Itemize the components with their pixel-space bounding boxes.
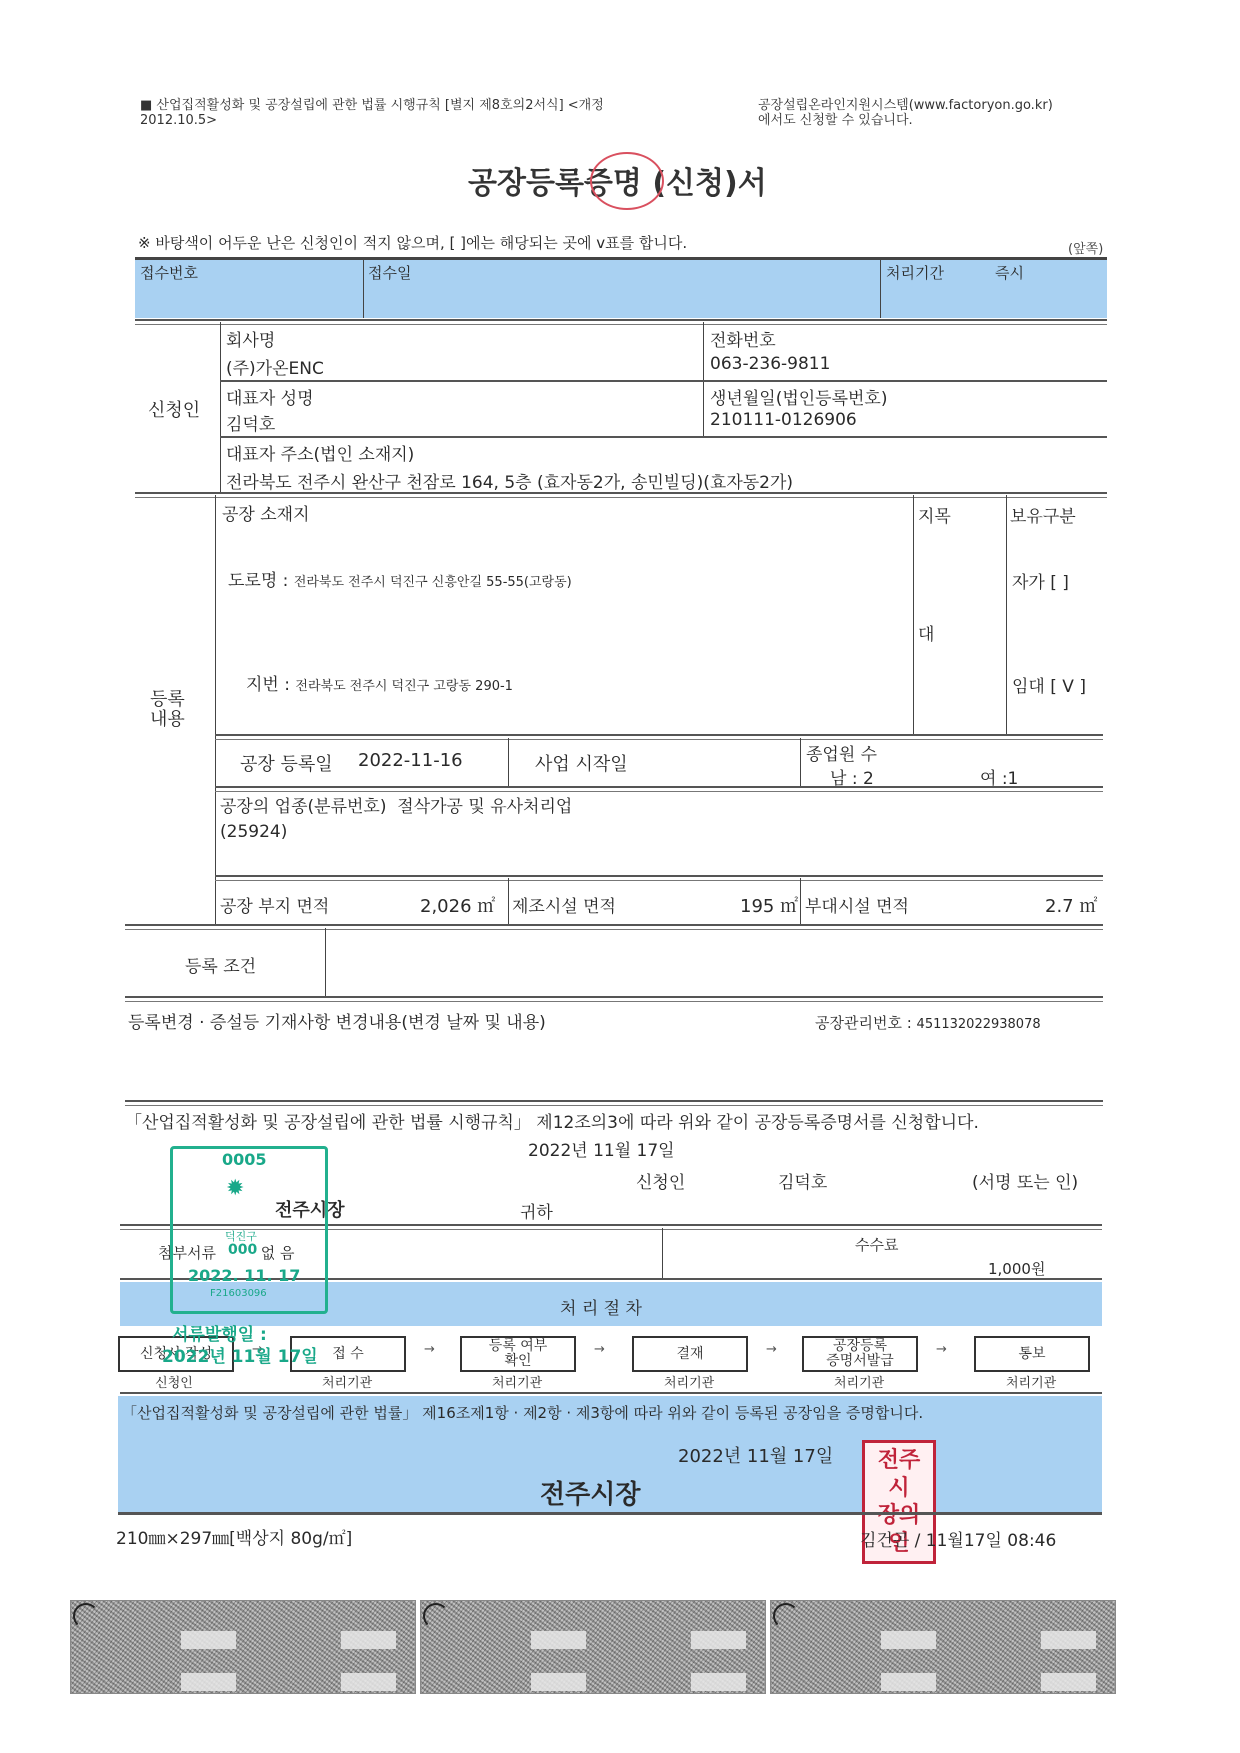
registration-conditions-label: 등록 조건 xyxy=(185,952,256,977)
certification-text: 「산업집적활성화 및 공장설립에 관한 법률」 제16조제1항 · 제2항 · … xyxy=(122,1402,923,1423)
lot-address-label: 지번 : xyxy=(246,675,290,695)
stamp-code: F21603096 xyxy=(210,1288,267,1299)
employees-label: 종업원 수 xyxy=(806,740,877,765)
fee-value: 1,000원 xyxy=(988,1258,1045,1279)
ownership-owned-checkbox[interactable]: 자가 [ ] xyxy=(1012,568,1069,593)
honorific: 귀하 xyxy=(520,1198,553,1223)
business-start-label: 사업 시작일 xyxy=(535,750,628,776)
issued-date-value: 2022년 11월 17일 xyxy=(162,1342,318,1367)
procedure-step-actor: 처리기관 xyxy=(492,1372,540,1391)
receipt-date-label: 접수일 xyxy=(368,262,411,283)
procedure-title: 처 리 절 차 xyxy=(560,1294,642,1319)
security-barcode xyxy=(70,1600,416,1694)
industry-value: 절삭가공 및 유사처리업 xyxy=(397,797,572,817)
declaration-applicant-name: 김덕호 xyxy=(778,1168,827,1193)
seal-line1: 전주시 xyxy=(868,1447,930,1502)
manufacturing-area-label: 제조시설 면적 xyxy=(512,892,616,917)
factory-location-label: 공장 소재지 xyxy=(222,500,310,525)
online-notice-line2: 에서도 신청할 수 있습니다. xyxy=(758,113,1053,128)
registration-label-line2: 내용 xyxy=(150,710,185,730)
ownership-leased-checkbox[interactable]: 임대 [ V ] xyxy=(1012,672,1086,697)
processing-period-label: 처리기간 xyxy=(886,262,944,283)
procedure-step-actor: 처리기관 xyxy=(664,1372,712,1391)
procedure-step-actor: 신청인 xyxy=(150,1372,198,1391)
certification-date: 2022년 11월 17일 xyxy=(678,1442,833,1468)
procedure-step: 결재 xyxy=(632,1336,748,1372)
applicant-section-label: 신청인 xyxy=(148,396,200,422)
registration-date-label: 공장 등록일 xyxy=(240,750,333,776)
receipt-row xyxy=(135,258,1107,318)
registration-label-line1: 등록 xyxy=(150,690,185,710)
title-part1: 공장등록 xyxy=(468,166,584,201)
online-notice-line1: 공장설립온라인지원시스템(www.factoryon.go.kr) xyxy=(758,98,1053,113)
registration-date-value: 2022-11-16 xyxy=(358,750,463,771)
stamp-fee-id: 000 xyxy=(228,1242,257,1258)
red-circle-mark xyxy=(590,152,664,210)
phone-value: 063-236-9811 xyxy=(710,354,830,374)
phone-label: 전화번호 xyxy=(710,326,776,351)
industry-code-value: (25924) xyxy=(220,822,287,842)
online-notice: 공장설립온라인지원시스템(www.factoryon.go.kr) 에서도 신청… xyxy=(758,98,1053,128)
site-area-value: 2,026 ㎡ xyxy=(420,892,495,918)
land-category-label: 지목 xyxy=(918,502,951,527)
manufacturing-area-value: 195 ㎡ xyxy=(740,892,798,918)
corporate-number-label: 생년월일(법인등록번호) xyxy=(710,384,887,409)
procedure-step-actor: 처리기관 xyxy=(322,1372,370,1391)
representative-name-value: 김덕호 xyxy=(226,410,275,435)
road-address-value: 전라북도 전주시 덕진구 신흥안길 55-55(고랑동) xyxy=(294,575,572,590)
site-area-label: 공장 부지 면적 xyxy=(220,892,329,917)
fee-label: 수수료 xyxy=(855,1234,898,1255)
arrow-right-icon: → xyxy=(936,1342,947,1357)
paper-spec: 210㎜×297㎜[백상지 80g/㎡] xyxy=(116,1524,352,1549)
auxiliary-area-value: 2.7 ㎡ xyxy=(1045,892,1097,918)
corporate-number-value: 210111-0126906 xyxy=(710,410,857,430)
changes-label: 등록변경 · 증설등 기재사항 변경내용(변경 날짜 및 내용) xyxy=(128,1008,546,1033)
arrow-right-icon: → xyxy=(424,1342,435,1357)
management-number-label: 공장관리번호 : xyxy=(815,1014,912,1032)
declaration-date: 2022년 11월 17일 xyxy=(528,1136,675,1161)
stamp-logo-icon: ✹ xyxy=(226,1176,244,1201)
registration-section-label: 등록 내용 xyxy=(150,690,185,730)
arrow-right-icon: → xyxy=(766,1342,777,1357)
spiral-marker-icon xyxy=(423,1603,449,1629)
form-reference-line2: 2012.10.5> xyxy=(140,113,604,128)
procedure-step-actor: 처리기관 xyxy=(834,1372,882,1391)
spiral-marker-icon xyxy=(73,1603,99,1629)
lot-address-value: 전라북도 전주시 덕진구 고랑동 290-1 xyxy=(295,679,513,694)
ownership-label: 보유구분 xyxy=(1010,502,1076,527)
processing-period-value: 즉시 xyxy=(995,262,1024,283)
instruction-note: ※ 바탕색이 어두운 난은 신청인이 적지 않으며, [ ]에는 해당되는 곳에… xyxy=(138,232,687,253)
procedure-step: 공장등록 증명서발급 xyxy=(802,1336,918,1372)
receipt-number-label: 접수번호 xyxy=(140,262,198,283)
security-barcode xyxy=(770,1600,1116,1694)
representative-address-value: 전라북도 전주시 완산구 천잠로 164, 5층 (효자동2가, 송민빌딩)(효… xyxy=(226,468,793,493)
form-reference: ■ 산업집적활성화 및 공장설립에 관한 법률 시행규칙 [별지 제8호의2서식… xyxy=(140,98,604,128)
procedure-step: 등록 여부 확인 xyxy=(460,1336,576,1372)
operator-timestamp: 김건곤 / 11월17일 08:46 xyxy=(860,1526,1056,1551)
page-side-label: (앞쪽) xyxy=(1068,238,1103,257)
road-address-label: 도로명 : xyxy=(228,571,288,591)
spiral-marker-icon xyxy=(773,1603,799,1629)
declaration-text: 「산업집적활성화 및 공장설립에 관한 법률 시행규칙」 제12조의3에 따라 … xyxy=(125,1108,979,1133)
issuer-name: 전주시장 xyxy=(540,1474,640,1511)
procedure-step-actor: 처리기관 xyxy=(1006,1372,1054,1391)
signature-field[interactable]: (서명 또는 인) xyxy=(972,1168,1078,1193)
representative-address-label: 대표자 주소(법인 소재지) xyxy=(226,440,414,465)
procedure-step: 통보 xyxy=(974,1336,1090,1372)
security-barcode xyxy=(420,1600,766,1694)
stamp-date: 2022. 11. 17 xyxy=(188,1266,300,1285)
management-number-value: 451132022938078 xyxy=(917,1017,1041,1032)
stamp-number: 0005 xyxy=(222,1150,267,1169)
declaration-applicant-label: 신청인 xyxy=(636,1168,685,1193)
arrow-right-icon: → xyxy=(594,1342,605,1357)
land-category-value: 대 xyxy=(918,620,934,645)
auxiliary-area-label: 부대시설 면적 xyxy=(805,892,909,917)
form-reference-line1: ■ 산업집적활성화 및 공장설립에 관한 법률 시행규칙 [별지 제8호의2서식… xyxy=(140,98,604,113)
company-name-label: 회사명 xyxy=(226,326,275,351)
company-name-value: (주)가온ENC xyxy=(226,354,324,379)
representative-name-label: 대표자 성명 xyxy=(226,384,314,409)
industry-label: 공장의 업종(분류번호) xyxy=(220,797,386,817)
